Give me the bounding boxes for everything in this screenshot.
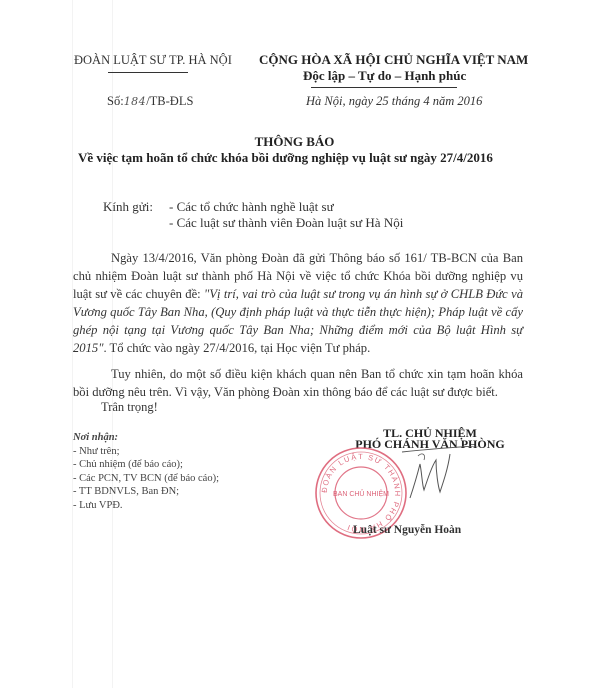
body-paragraph-1: Ngày 13/4/2016, Văn phòng Đoàn đã gửi Th… bbox=[73, 249, 523, 357]
p2-text: Tuy nhiên, do một số điều kiện khách qua… bbox=[73, 367, 523, 399]
organization-underline bbox=[108, 72, 188, 73]
handwritten-signature-icon bbox=[400, 446, 510, 506]
motto-underline bbox=[311, 87, 457, 88]
document-subtitle: Về việc tạm hoãn tổ chức khóa bồi dưỡng … bbox=[78, 150, 493, 166]
closing-salutation: Trân trọng! bbox=[101, 400, 158, 415]
body-paragraph-2: Tuy nhiên, do một số điều kiện khách qua… bbox=[73, 365, 523, 401]
p1-end: . Tổ chức vào ngày 27/4/2016, tại Học vi… bbox=[103, 341, 370, 355]
doc-number-suffix: /TB-ĐLS bbox=[146, 94, 193, 108]
doc-number-handwritten: 184 bbox=[124, 95, 147, 108]
recipient-item: - Các PCN, TV BCN (để báo cáo); bbox=[73, 472, 219, 486]
recipient-item: - TT BDNVLS, Ban ĐN; bbox=[73, 485, 219, 499]
greeting-recipient: - Các tổ chức hành nghề luật sư bbox=[169, 199, 334, 215]
document-title: THÔNG BÁO bbox=[0, 134, 589, 150]
recipient-item: - Như trên; bbox=[73, 445, 219, 459]
recipient-item: - Chủ nhiệm (để báo cáo); bbox=[73, 458, 219, 472]
national-motto: Độc lập – Tự do – Hạnh phúc bbox=[303, 68, 466, 84]
recipient-item: - Lưu VPĐ. bbox=[73, 499, 219, 513]
greeting-recipient: - Các luật sư thành viên Đoàn luật sư Hà… bbox=[169, 215, 403, 231]
signer-name: Luật sư Nguyễn Hoàn bbox=[353, 524, 461, 536]
national-title: CỘNG HÒA XÃ HỘI CHỦ NGHĨA VIỆT NAM bbox=[259, 52, 528, 68]
stamp-center-text: BAN CHỦ NHIỆM bbox=[333, 489, 389, 498]
doc-number-prefix: Số: bbox=[107, 94, 124, 108]
issuing-organization: ĐOÀN LUẬT SƯ TP. HÀ NỘI bbox=[74, 53, 232, 68]
document-number: Số:184/TB-ĐLS bbox=[107, 94, 193, 109]
recipients-list: Nơi nhận: - Như trên; - Chủ nhiệm (để bá… bbox=[73, 431, 219, 512]
greeting-label: Kính gửi: bbox=[103, 199, 153, 215]
place-date: Hà Nội, ngày 25 tháng 4 năm 2016 bbox=[306, 94, 482, 109]
recipients-heading: Nơi nhận: bbox=[73, 431, 219, 445]
